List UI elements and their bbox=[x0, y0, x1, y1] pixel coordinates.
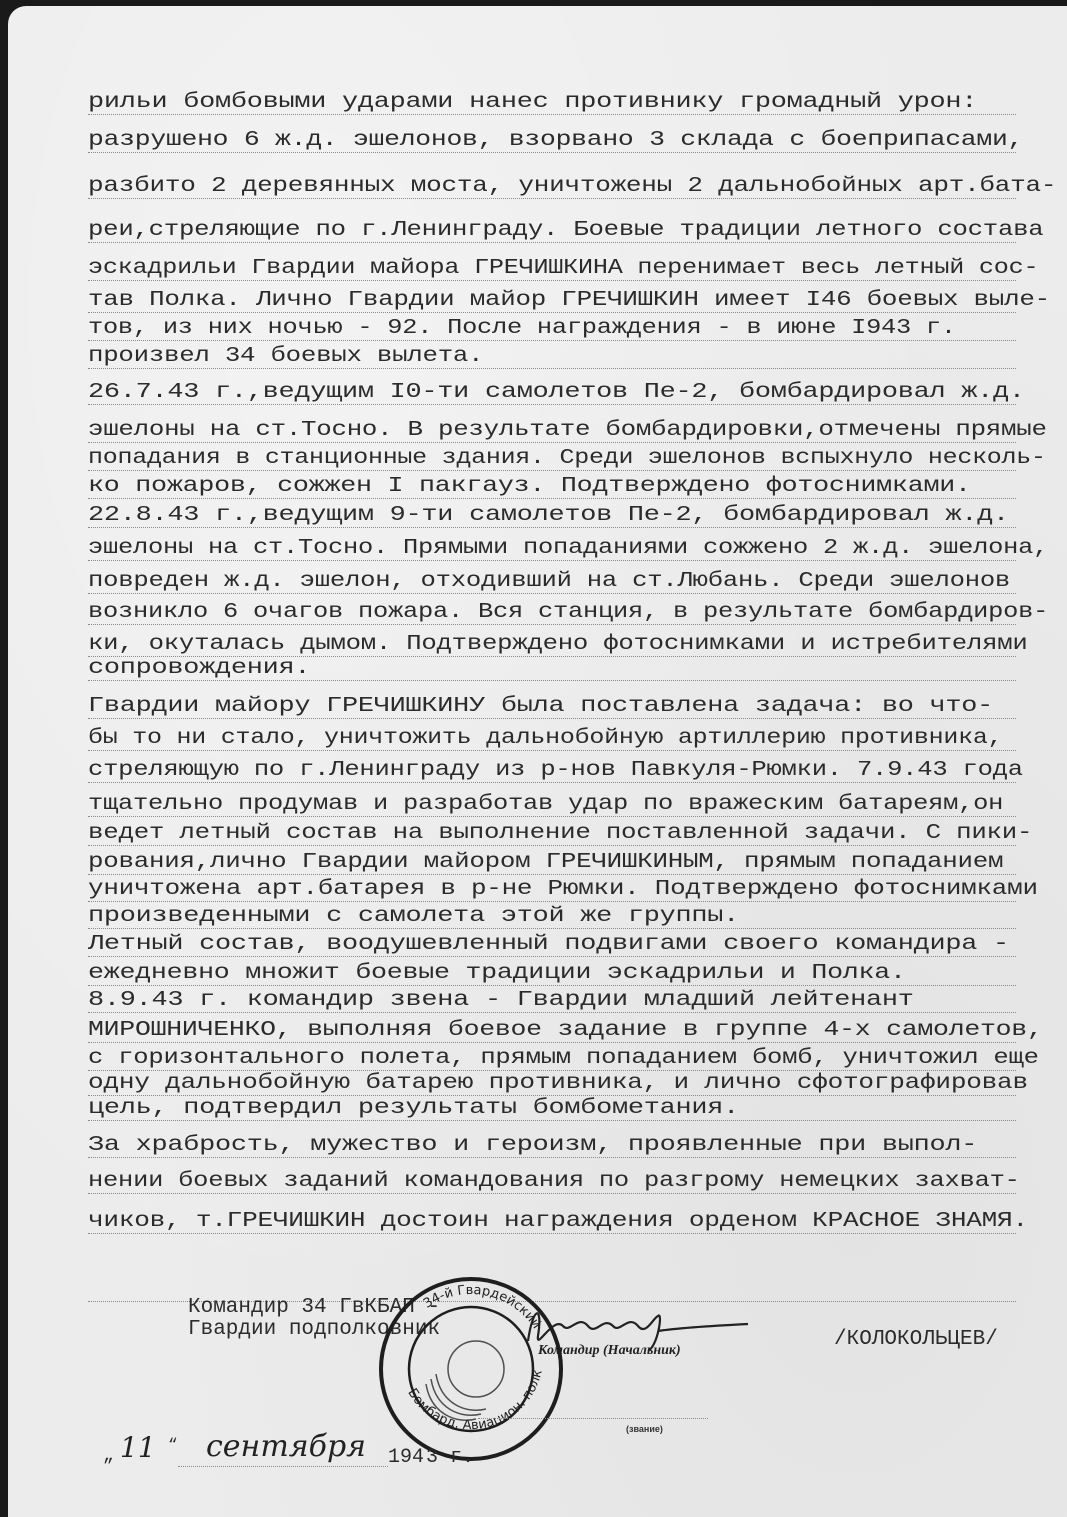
body-text-line: тов, из них ночью - 92. После награждени… bbox=[88, 316, 956, 340]
body-text-line: рования,лично Гвардии майором ГРЕЧИШКИНЫ… bbox=[88, 850, 1003, 874]
date-open-quote: „ bbox=[103, 1446, 114, 1466]
body-text-line: стреляющую по г.Ленинграду из р-нов Павк… bbox=[88, 758, 1023, 782]
svg-text:Бомбард. Авиацион. полк: Бомбард. Авиацион. полк bbox=[404, 1368, 545, 1433]
body-text-line: 26.7.43 г.,ведущим I0-ти самолетов Пе-2,… bbox=[88, 380, 1025, 404]
date-rule bbox=[178, 1466, 388, 1467]
dotted-rule bbox=[88, 845, 1016, 846]
dotted-rule bbox=[88, 718, 1016, 719]
rank-rule bbox=[478, 1418, 708, 1419]
body-text-line: рильи бомбовыми ударами нанес противнику… bbox=[88, 90, 977, 114]
dotted-rule bbox=[88, 470, 1016, 471]
body-text-line: произведенными с самолета этой же группы… bbox=[88, 904, 739, 928]
dotted-rule bbox=[88, 340, 1016, 341]
date-close-quote: “ bbox=[168, 1436, 178, 1454]
body-text-line: эшелоны на ст.Тосно. В результате бомбар… bbox=[88, 418, 1047, 442]
body-text-line: ежедневно множит боевые традиции эскадри… bbox=[88, 961, 906, 985]
body-text-line: ко пожаров, сожжен I пакгауз. Подтвержде… bbox=[88, 474, 971, 498]
body-text-line: 22.8.43 г.,ведущим 9-ти самолетов Пе-2, … bbox=[88, 503, 1009, 527]
dotted-rule bbox=[88, 152, 1016, 153]
body-text-line: ки, окуталась дымом. Подтверждено фотосн… bbox=[88, 632, 1028, 656]
dotted-rule bbox=[88, 782, 1016, 783]
dotted-rule bbox=[88, 404, 1016, 405]
body-text-line: эшелоны на ст.Тосно. Прямыми попаданиями… bbox=[88, 536, 1048, 560]
body-text-line: цель, подтвердил результаты бомбометания… bbox=[88, 1096, 739, 1120]
dotted-rule bbox=[88, 1012, 1016, 1013]
dotted-rule bbox=[88, 816, 1016, 817]
body-text-line: разбито 2 деревянных моста, уничтожены 2… bbox=[88, 174, 1056, 198]
dotted-rule bbox=[88, 198, 1016, 199]
body-text-line: чиков, т.ГРЕЧИШКИН достоин награждения о… bbox=[88, 1209, 1028, 1233]
rank-caption: (звание) bbox=[626, 1424, 663, 1434]
dotted-rule bbox=[88, 114, 1016, 115]
body-text-line: За храбрость, мужество и героизм, проявл… bbox=[88, 1133, 977, 1157]
body-text-line: разрушено 6 ж.д. эшелонов, взорвано 3 ск… bbox=[88, 128, 1023, 152]
dotted-rule bbox=[88, 985, 1016, 986]
body-text-line: с горизонтального полета, прямым попадан… bbox=[88, 1046, 1039, 1070]
dotted-rule bbox=[88, 560, 1016, 561]
body-text-line: одну дальнобойную батарею противника, и … bbox=[88, 1071, 1028, 1095]
body-text-line: тщательно продумав и разработав удар по … bbox=[88, 792, 1003, 816]
dotted-rule bbox=[88, 1233, 1016, 1234]
dotted-rule bbox=[88, 901, 1016, 902]
dotted-rule bbox=[88, 527, 1016, 528]
dotted-rule bbox=[88, 624, 1016, 625]
body-text-line: Гвардии майору ГРЕЧИШКИНУ была поставлен… bbox=[88, 694, 993, 718]
dotted-rule bbox=[88, 956, 1016, 957]
body-text-line: произвел 34 боевых вылета. bbox=[88, 344, 483, 368]
body-text-line: 8.9.43 г. командир звена - Гвардии младш… bbox=[88, 988, 914, 1012]
dotted-rule bbox=[88, 1157, 1016, 1158]
body-text-line: реи,стреляющие по г.Ленинграду. Боевые т… bbox=[88, 218, 1043, 242]
body-text-line: бы то ни стало, уничтожить дальнобойную … bbox=[88, 726, 1002, 750]
date-month: сентября bbox=[206, 1429, 366, 1464]
dotted-rule bbox=[88, 1120, 1016, 1121]
dotted-rule bbox=[88, 280, 1016, 281]
body-text-line: тав Полка. Лично Гвардии майор ГРЕЧИШКИН… bbox=[88, 288, 1050, 312]
dotted-rule bbox=[88, 242, 1016, 243]
body-text-line: нении боевых заданий командования по раз… bbox=[88, 1169, 1020, 1193]
body-text-line: уничтожена арт.батарея в р-не Рюмки. Под… bbox=[88, 877, 1038, 901]
dotted-rule bbox=[88, 498, 1016, 499]
body-text-line: сопровождения. bbox=[88, 656, 310, 680]
dotted-rule bbox=[88, 1042, 1016, 1043]
body-text-line: ведет летный состав на выполнение постав… bbox=[88, 821, 1032, 845]
dotted-rule bbox=[88, 312, 1016, 313]
body-text-line: МИРОШНИЧЕНКО, выполняя боевое задание в … bbox=[88, 1018, 1043, 1042]
document-page: рильи бомбовыми ударами нанес противнику… bbox=[8, 6, 1067, 1517]
dotted-rule bbox=[88, 593, 1016, 594]
body-text-line: эскадрильи Гвардии майора ГРЕЧИШКИНА пер… bbox=[88, 256, 1038, 280]
signer-name: /КОЛОКОЛЬЦЕВ/ bbox=[834, 1328, 998, 1351]
dotted-rule bbox=[88, 368, 1016, 369]
dotted-rule bbox=[88, 750, 1016, 751]
body-text-line: попадания в станционные здания. Среди эш… bbox=[88, 446, 1046, 470]
date-year-prefix: 194 bbox=[388, 1446, 424, 1469]
body-text-line: повреден ж.д. эшелон, отходивший на ст.Л… bbox=[88, 569, 1010, 593]
date-year-suffix: 3 г. bbox=[426, 1446, 474, 1469]
dotted-rule bbox=[88, 928, 1016, 929]
official-stamp: 34-й Гвардейский Бомбард. Авиацион. полк bbox=[376, 1274, 566, 1464]
body-text-line: Летный состав, воодушевленный подвигами … bbox=[88, 932, 1009, 956]
date-day: 11 bbox=[120, 1431, 156, 1464]
dotted-rule bbox=[88, 874, 1016, 875]
body-text-line: возникло 6 очагов пожара. Вся станция, в… bbox=[88, 600, 1048, 624]
dotted-rule bbox=[88, 442, 1016, 443]
dotted-rule bbox=[88, 1193, 1016, 1194]
dotted-rule bbox=[88, 680, 1016, 681]
